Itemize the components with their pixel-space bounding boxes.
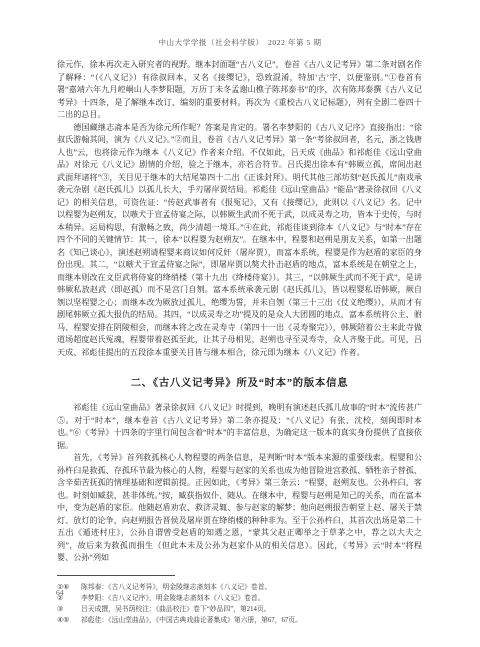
body-paragraph-4: 首先，《考异》首列救孤核心人物程婴的两条信息，是判断“时本”版本来源的重要线索。…: [57, 452, 422, 565]
body-paragraph-3: 祁彪佳《远山堂曲品》著录徐叔回《八义记》时提到，晚明有演述赵氏孤儿故事的“时本”…: [57, 402, 422, 452]
footnote-text: 李梦阳：《古八义记序》，明金陵继志斋刻本《八义记》卷首。: [81, 593, 422, 604]
footnotes-block: ①⑥ 陈邦泰：《古八义记考异》，明金陵继志斋刻本《八义记》卷首。 ② 李梦阳：《…: [57, 582, 422, 627]
footnote-text: 祁彪佳：《远山堂曲品》，《中国古典戏曲论著集成》第六册，第67，67页。: [81, 615, 422, 626]
page-number: 64: [56, 588, 64, 597]
footnote-text: 陈邦泰：《古八义记考异》，明金陵继志斋刻本《八义记》卷首。: [81, 582, 422, 593]
footnote-item: ② 李梦阳：《古八义记序》，明金陵继志斋刻本《八义记》卷首。: [57, 593, 422, 604]
footnote-text: 吕天成撰，吴书荫校注：《曲品校注》卷下“妙品四”，第214页。: [81, 604, 422, 615]
body-paragraph-1: 徐元作，徐本再次走入研究者的视野。继本封面题“古八义记”，卷首《古八义记考异》第…: [57, 59, 422, 122]
section-heading: 二、《古八义记考异》所及“时本”的版本信息: [57, 374, 422, 389]
footnote-item: ①⑥ 陈邦泰：《古八义记考异》，明金陵继志斋刻本《八义记》卷首。: [57, 582, 422, 593]
body-paragraph-2: 德国藏继志斋本是否为徐元所作呢？答案是肯定的。署名李梦阳的《古八义记序》直接指出…: [57, 122, 422, 360]
article-body: 徐元作，徐本再次走入研究者的视野。继本封面题“古八义记”，卷首《古八义记考异》第…: [57, 59, 422, 627]
footnote-item: ③ 吕天成撰，吴书荫校注：《曲品校注》卷下“妙品四”，第214页。: [57, 604, 422, 615]
footnote-item: ④⑤ 祁彪佳：《远山堂曲品》，《中国古典戏曲论著集成》第六册，第67，67页。: [57, 615, 422, 626]
footnote-marker: ③: [57, 604, 81, 615]
journal-header: 中山大学学报（社会科学版） 2022 年第 5 期: [0, 37, 480, 48]
footnote-separator: [57, 575, 175, 576]
journal-page: 中山大学学报（社会科学版） 2022 年第 5 期 徐元作，徐本再次走入研究者的…: [0, 0, 480, 647]
footnote-marker: ④⑤: [57, 615, 81, 626]
